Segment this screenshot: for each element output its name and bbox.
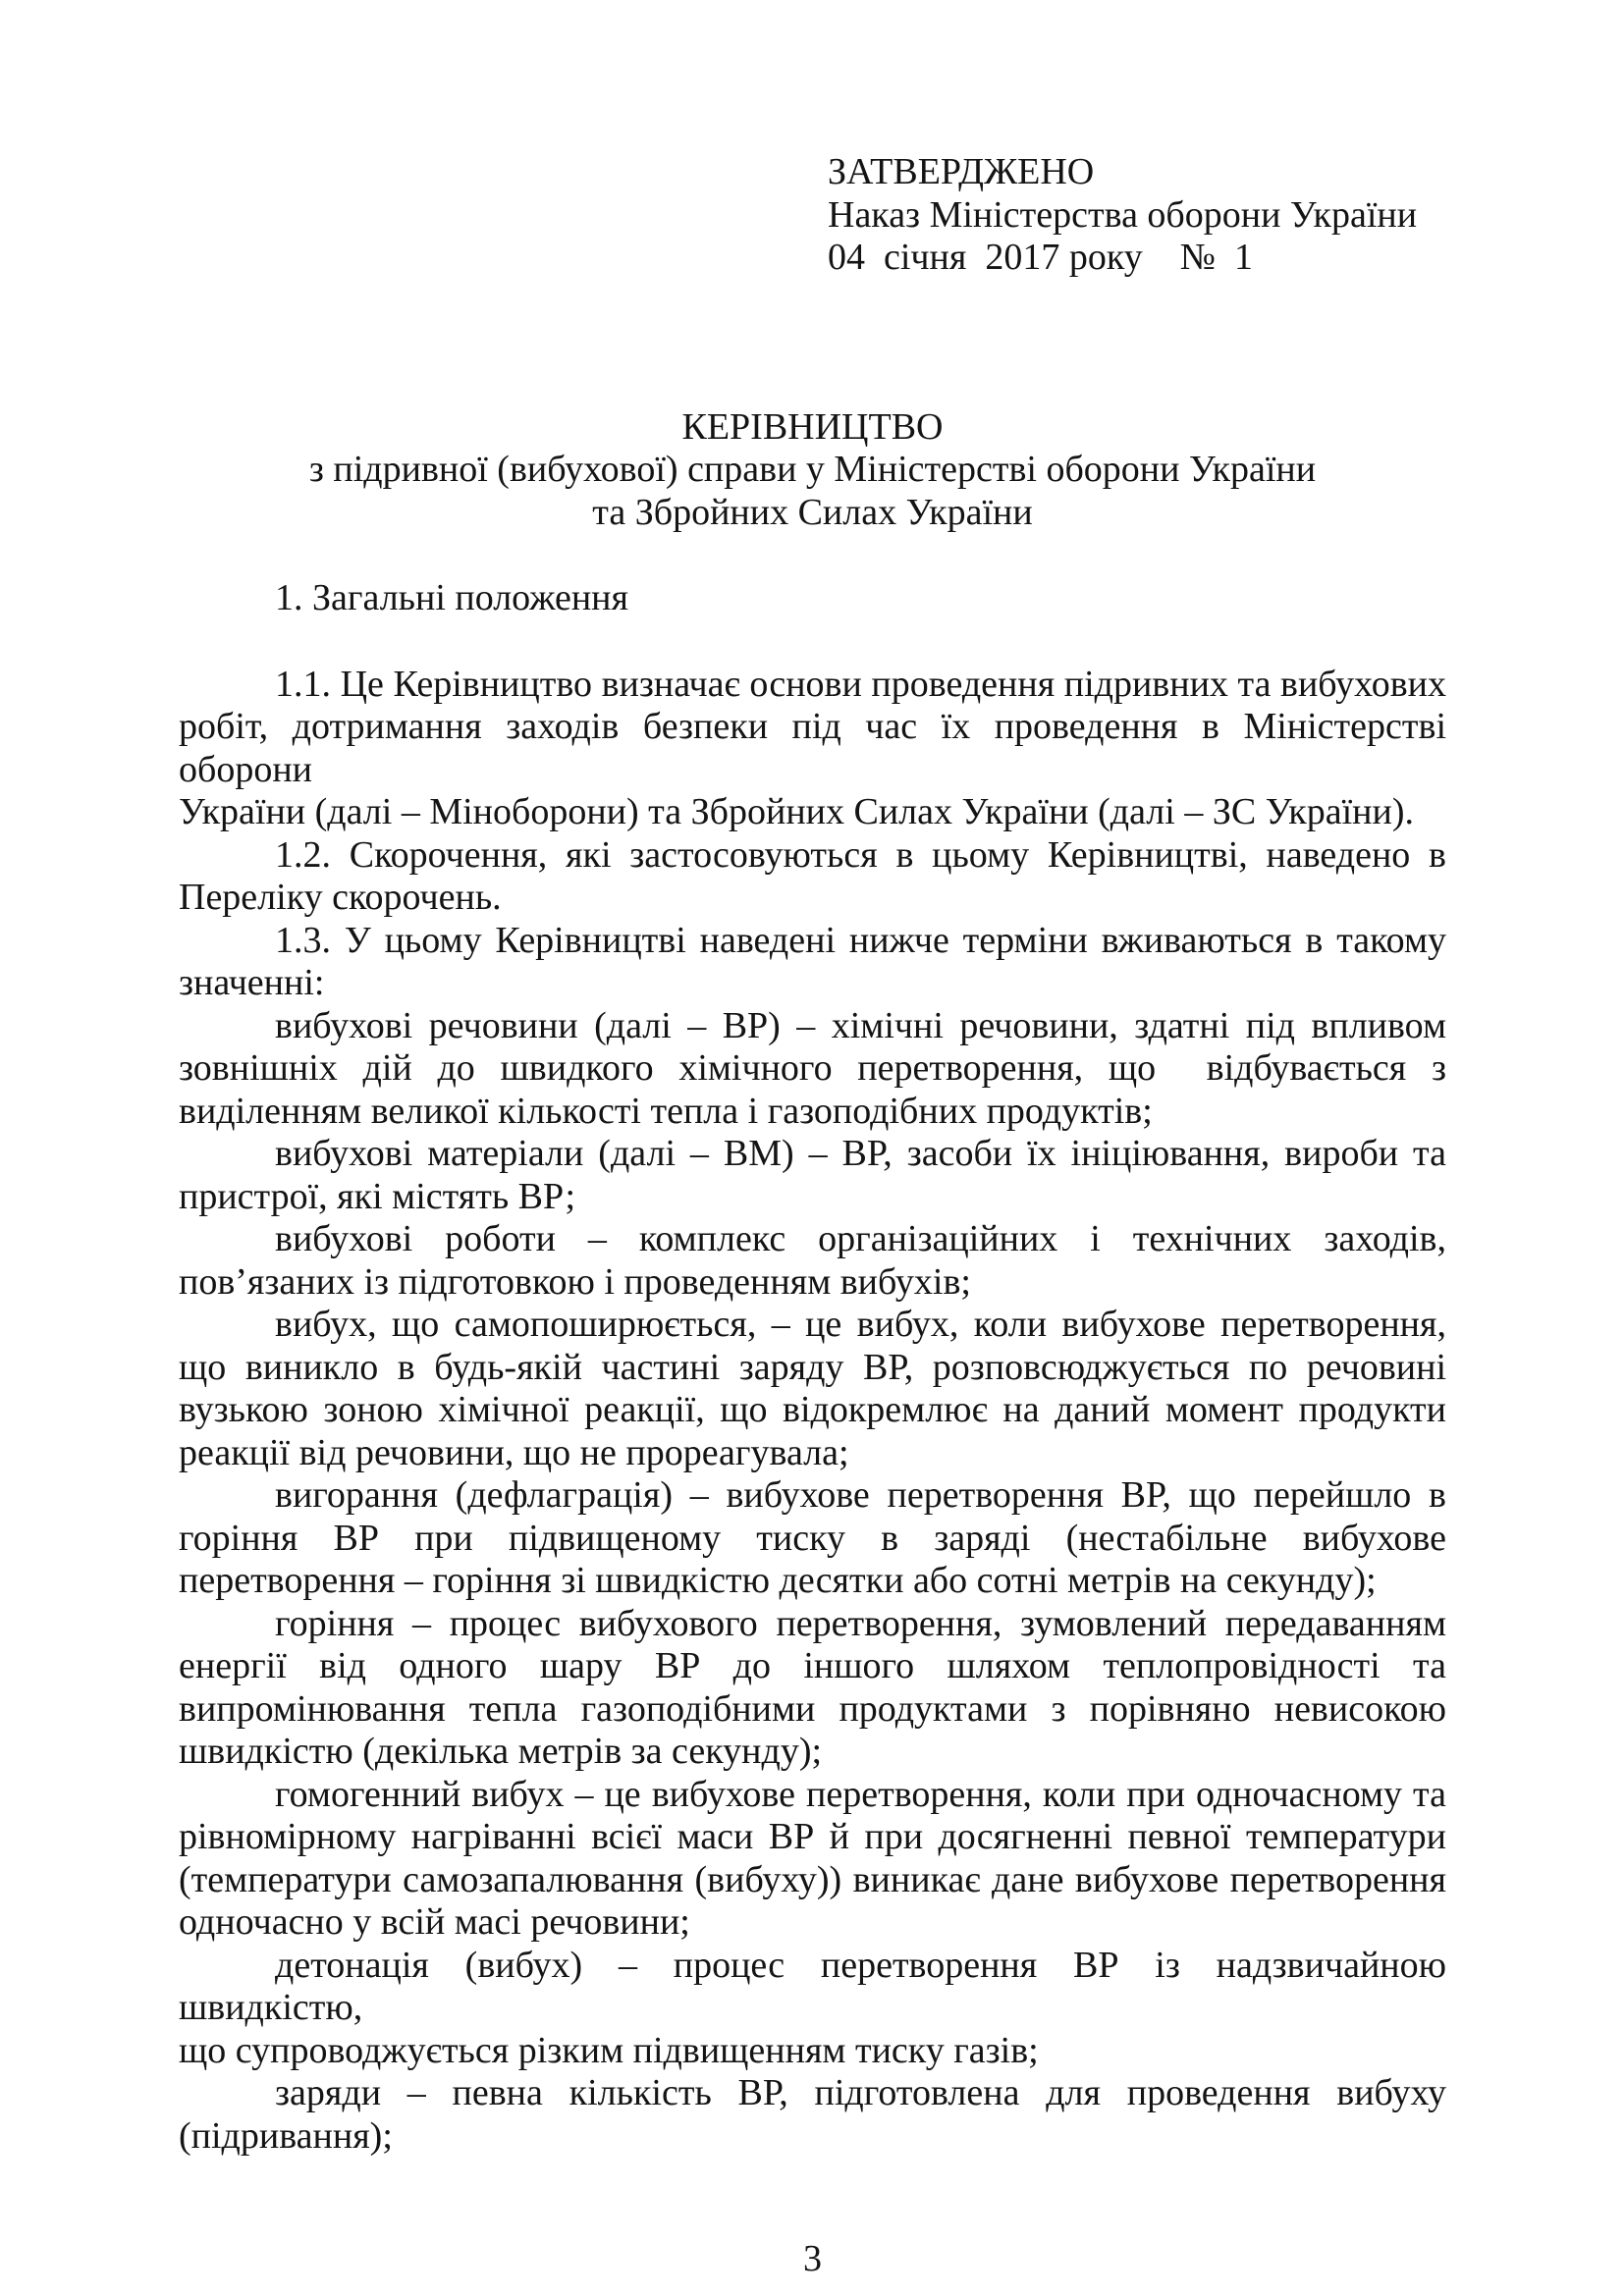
title-line: та Збройних Силах України xyxy=(179,492,1446,535)
section-heading: 1. Загальні положення xyxy=(179,577,1446,620)
text-line: 1.3. У цьому Керівництві наведені нижче … xyxy=(179,920,1446,963)
text-line: 1.2. Скорочення, які застосовуються в ць… xyxy=(179,834,1446,878)
text-line: 1.1. Це Керівництво визначає основи пров… xyxy=(179,664,1446,707)
text-line: що виникло в будь-якій частині заряду ВР… xyxy=(179,1347,1446,1390)
text-line: значенні: xyxy=(179,962,1446,1005)
approval-line: 04 січня 2017 року № 1 xyxy=(828,237,1446,280)
text-line: реакції від речовини, що не прореагувала… xyxy=(179,1432,1446,1475)
text-line: швидкістю (декілька метрів за секунду); xyxy=(179,1731,1446,1774)
title-line: з підривної (вибухової) справи у Міністе… xyxy=(179,449,1446,492)
body-text: 1.1. Це Керівництво визначає основи пров… xyxy=(179,664,1446,2159)
text-line: рівномірному нагріванні всієї маси ВР й … xyxy=(179,1816,1446,1859)
text-line: гомогенний вибух – це вибухове перетворе… xyxy=(179,1774,1446,1817)
text-line: горіння – процес вибухового перетворення… xyxy=(179,1603,1446,1646)
text-line: пов’язаних із підготовкою і проведенням … xyxy=(179,1261,1446,1305)
text-line: горіння ВР при підвищеному тиску в заряд… xyxy=(179,1518,1446,1561)
text-line: (підривання); xyxy=(179,2115,1446,2159)
document-title: КЕРІВНИЦТВО з підривної (вибухової) спра… xyxy=(179,406,1446,535)
text-line: випромінювання тепла газоподібними проду… xyxy=(179,1688,1446,1732)
text-line: одночасно у всій масі речовини; xyxy=(179,1901,1446,1945)
page-number: 3 xyxy=(803,2238,822,2279)
text-line: пристрої, які містять ВР; xyxy=(179,1176,1446,1219)
text-line: вибух, що самопоширюється, – це вибух, к… xyxy=(179,1304,1446,1347)
text-line: вибухові речовини (далі – ВР) – хімічні … xyxy=(179,1005,1446,1048)
text-line: заряди – певна кількість ВР, підготовлен… xyxy=(179,2072,1446,2115)
text-line: вигорання (дефлаграція) – вибухове перет… xyxy=(179,1474,1446,1518)
text-line: вузькою зоною хімічної реакції, що відок… xyxy=(179,1389,1446,1432)
text-line: детонація (вибух) – процес перетворення … xyxy=(179,1945,1446,2030)
approval-line: Наказ Міністерства оборони України xyxy=(828,194,1446,238)
text-line: (температури самозапалювання (вибуху)) в… xyxy=(179,1859,1446,1902)
text-line: що супроводжується різким підвищенням ти… xyxy=(179,2030,1446,2073)
text-line: зовнішніх дій до швидкого хімічного пере… xyxy=(179,1047,1446,1091)
text-line: України (далі – Міноборони) та Збройних … xyxy=(179,791,1446,834)
title-line: КЕРІВНИЦТВО xyxy=(179,406,1446,450)
approval-block: ЗАТВЕРДЖЕНО Наказ Міністерства оборони У… xyxy=(828,151,1446,280)
text-line: вибухові роботи – комплекс організаційни… xyxy=(179,1218,1446,1261)
approval-line: ЗАТВЕРДЖЕНО xyxy=(828,151,1446,194)
document-page: ЗАТВЕРДЖЕНО Наказ Міністерства оборони У… xyxy=(0,0,1624,2296)
text-line: енергії від одного шару ВР до іншого шля… xyxy=(179,1645,1446,1688)
text-line: перетворення – горіння зі швидкістю деся… xyxy=(179,1560,1446,1603)
page-footer: 3 xyxy=(179,2238,1446,2281)
text-line: Переліку скорочень. xyxy=(179,877,1446,920)
text-line: виділенням великої кількості тепла і газ… xyxy=(179,1091,1446,1134)
text-line: вибухові матеріали (далі – ВМ) – ВР, зас… xyxy=(179,1133,1446,1176)
text-line: робіт, дотримання заходів безпеки під ча… xyxy=(179,706,1446,791)
